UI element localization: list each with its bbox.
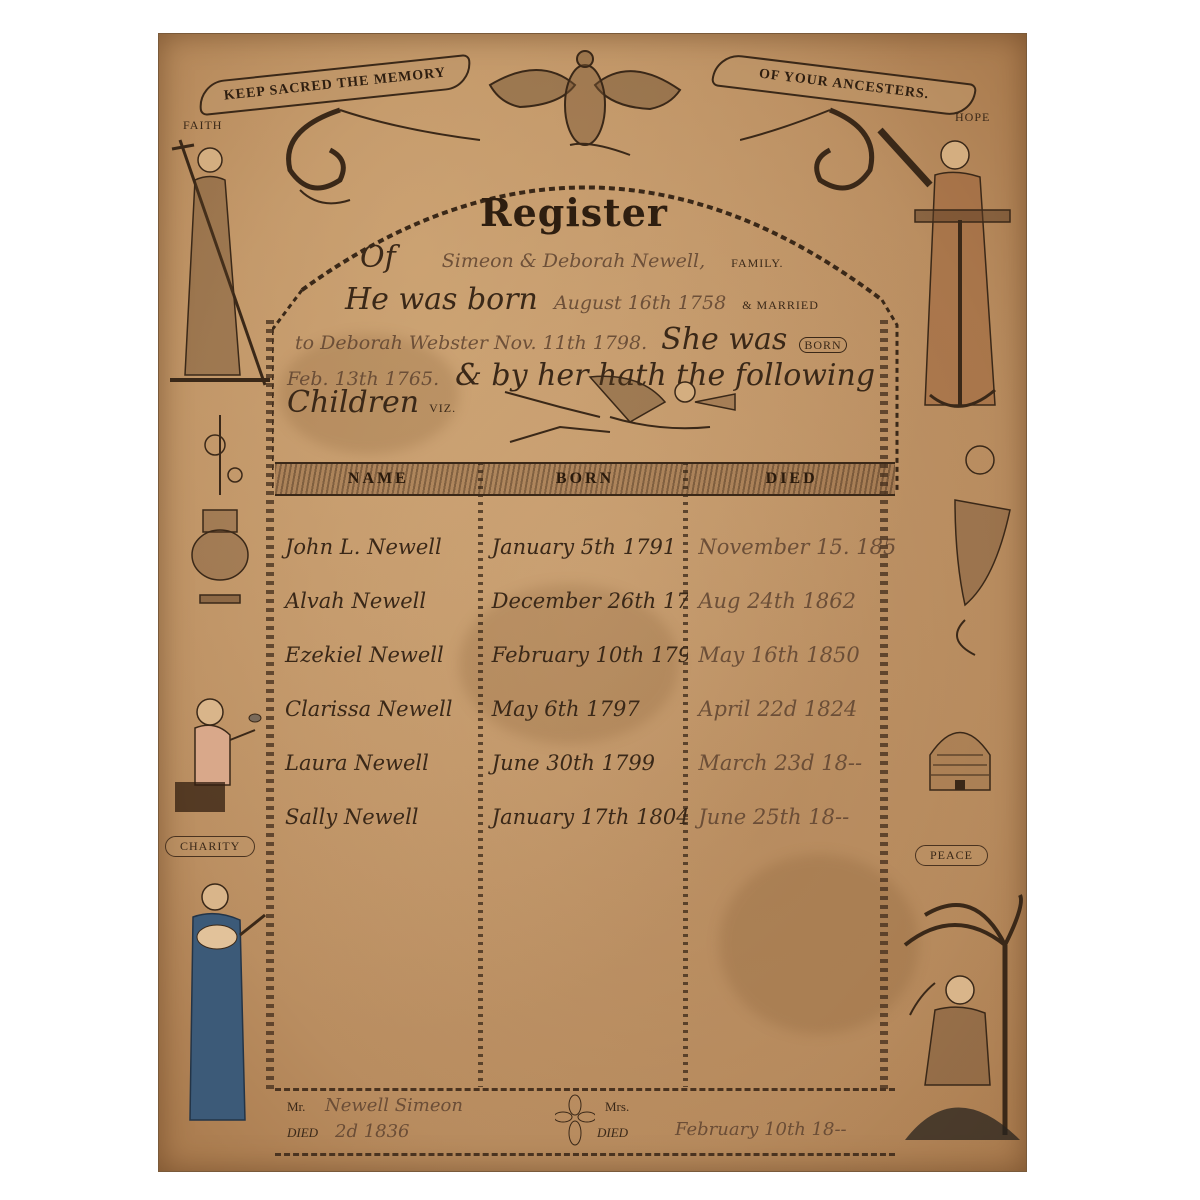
cell-died: Aug 24th 1862 (688, 589, 895, 613)
married-label: & MARRIED (742, 298, 819, 312)
intro-line-wife: to Deborah Webster Nov. 11th 1798. She w… (295, 322, 847, 357)
angel-with-trumpet-icon (500, 372, 740, 457)
column-header-born: BORN (482, 464, 689, 494)
faith-figure-icon (170, 135, 270, 390)
cell-name: Clarissa Newell (275, 697, 482, 721)
cell-name: Laura Newell (275, 751, 482, 775)
parents-footer: Mr. Newell Simeon DIED 2d 1836 Mrs. DIED… (275, 1088, 895, 1156)
table-row: Alvah NewellDecember 26th 1792Aug 24th 1… (275, 574, 895, 628)
mrs-died-date: February 10th 18-- (675, 1119, 847, 1140)
left-laurel-border (266, 320, 274, 1090)
cell-died: May 16th 1850 (688, 643, 895, 667)
cell-name: Alvah Newell (275, 589, 482, 613)
he-was-born: He was born (345, 282, 538, 317)
wife-marriage: to Deborah Webster Nov. 11th 1798. (295, 332, 647, 354)
table-row: Laura NewellJune 30th 1799March 23d 18-- (275, 736, 895, 790)
label-faith: FAITH (183, 118, 222, 133)
mr-label: Mr. (287, 1099, 305, 1115)
cherub-with-bird-icon (175, 690, 265, 815)
cornucopia-icon (925, 420, 1020, 660)
intro-line-viz: Children VIZ. (287, 385, 456, 420)
mrs-label: Mrs. (605, 1099, 629, 1115)
mr-died-label: DIED (287, 1125, 318, 1141)
children-table: NAME BORN DIED John L. NewellJanuary 5th… (275, 462, 895, 1087)
mr-died-date: 2d 1836 (335, 1121, 410, 1142)
eagle-icon (480, 45, 690, 160)
mr-name: Newell Simeon (325, 1095, 463, 1116)
scroll-peace: PEACE (915, 845, 988, 866)
cell-died: March 23d 18-- (688, 751, 895, 775)
beehive-icon (925, 715, 995, 795)
table-row: Ezekiel NewellFebruary 10th 1795May 16th… (275, 628, 895, 682)
viz-label: VIZ. (429, 401, 456, 415)
column-header-died: DIED (688, 464, 895, 494)
intro-line-husband: He was born August 16th 1758 & MARRIED (345, 282, 819, 317)
intro-line-family: Of Simeon & Deborah Newell, FAMILY. (360, 240, 784, 275)
quatrefoil-flower-icon (555, 1093, 595, 1149)
of-word: Of (360, 240, 396, 275)
mrs-died-label: DIED (597, 1125, 628, 1141)
husband-birth-date: August 16th 1758 (554, 292, 726, 314)
flower-vase-icon (175, 405, 265, 615)
column-header-name: NAME (275, 464, 482, 494)
cell-name: Sally Newell (275, 805, 482, 829)
cell-died: April 22d 1824 (688, 697, 895, 721)
children-word: Children (287, 385, 419, 420)
cell-born: January 5th 1791 (482, 535, 689, 559)
table-row: Clarissa NewellMay 6th 1797April 22d 182… (275, 682, 895, 736)
cell-born: May 6th 1797 (482, 697, 689, 721)
cell-born: February 10th 1795 (482, 643, 689, 667)
table-header: NAME BORN DIED (275, 462, 895, 496)
right-laurel-border (880, 320, 888, 1090)
table-row: Sally NewellJanuary 17th 1804June 25th 1… (275, 790, 895, 844)
cell-name: John L. Newell (275, 535, 482, 559)
table-body: John L. NewellJanuary 5th 1791November 1… (275, 520, 895, 844)
peace-figure-icon (895, 885, 1025, 1140)
cell-name: Ezekiel Newell (275, 643, 482, 667)
scroll-charity: CHARITY (165, 836, 255, 857)
family-names: Simeon & Deborah Newell, (442, 250, 705, 272)
cell-born: December 26th 1792 (482, 589, 689, 613)
cell-died: June 25th 18-- (688, 805, 895, 829)
cell-died: November 15. 1853 (688, 535, 895, 559)
cell-born: January 17th 1804 (482, 805, 689, 829)
label-hope: HOPE (955, 110, 990, 125)
charity-figure-icon (175, 875, 275, 1130)
born-label: BORN (799, 337, 846, 353)
table-row: John L. NewellJanuary 5th 1791November 1… (275, 520, 895, 574)
she-was: She was (661, 322, 787, 357)
register-title: Register (480, 190, 668, 235)
family-label: FAMILY. (731, 256, 783, 270)
cell-born: June 30th 1799 (482, 751, 689, 775)
